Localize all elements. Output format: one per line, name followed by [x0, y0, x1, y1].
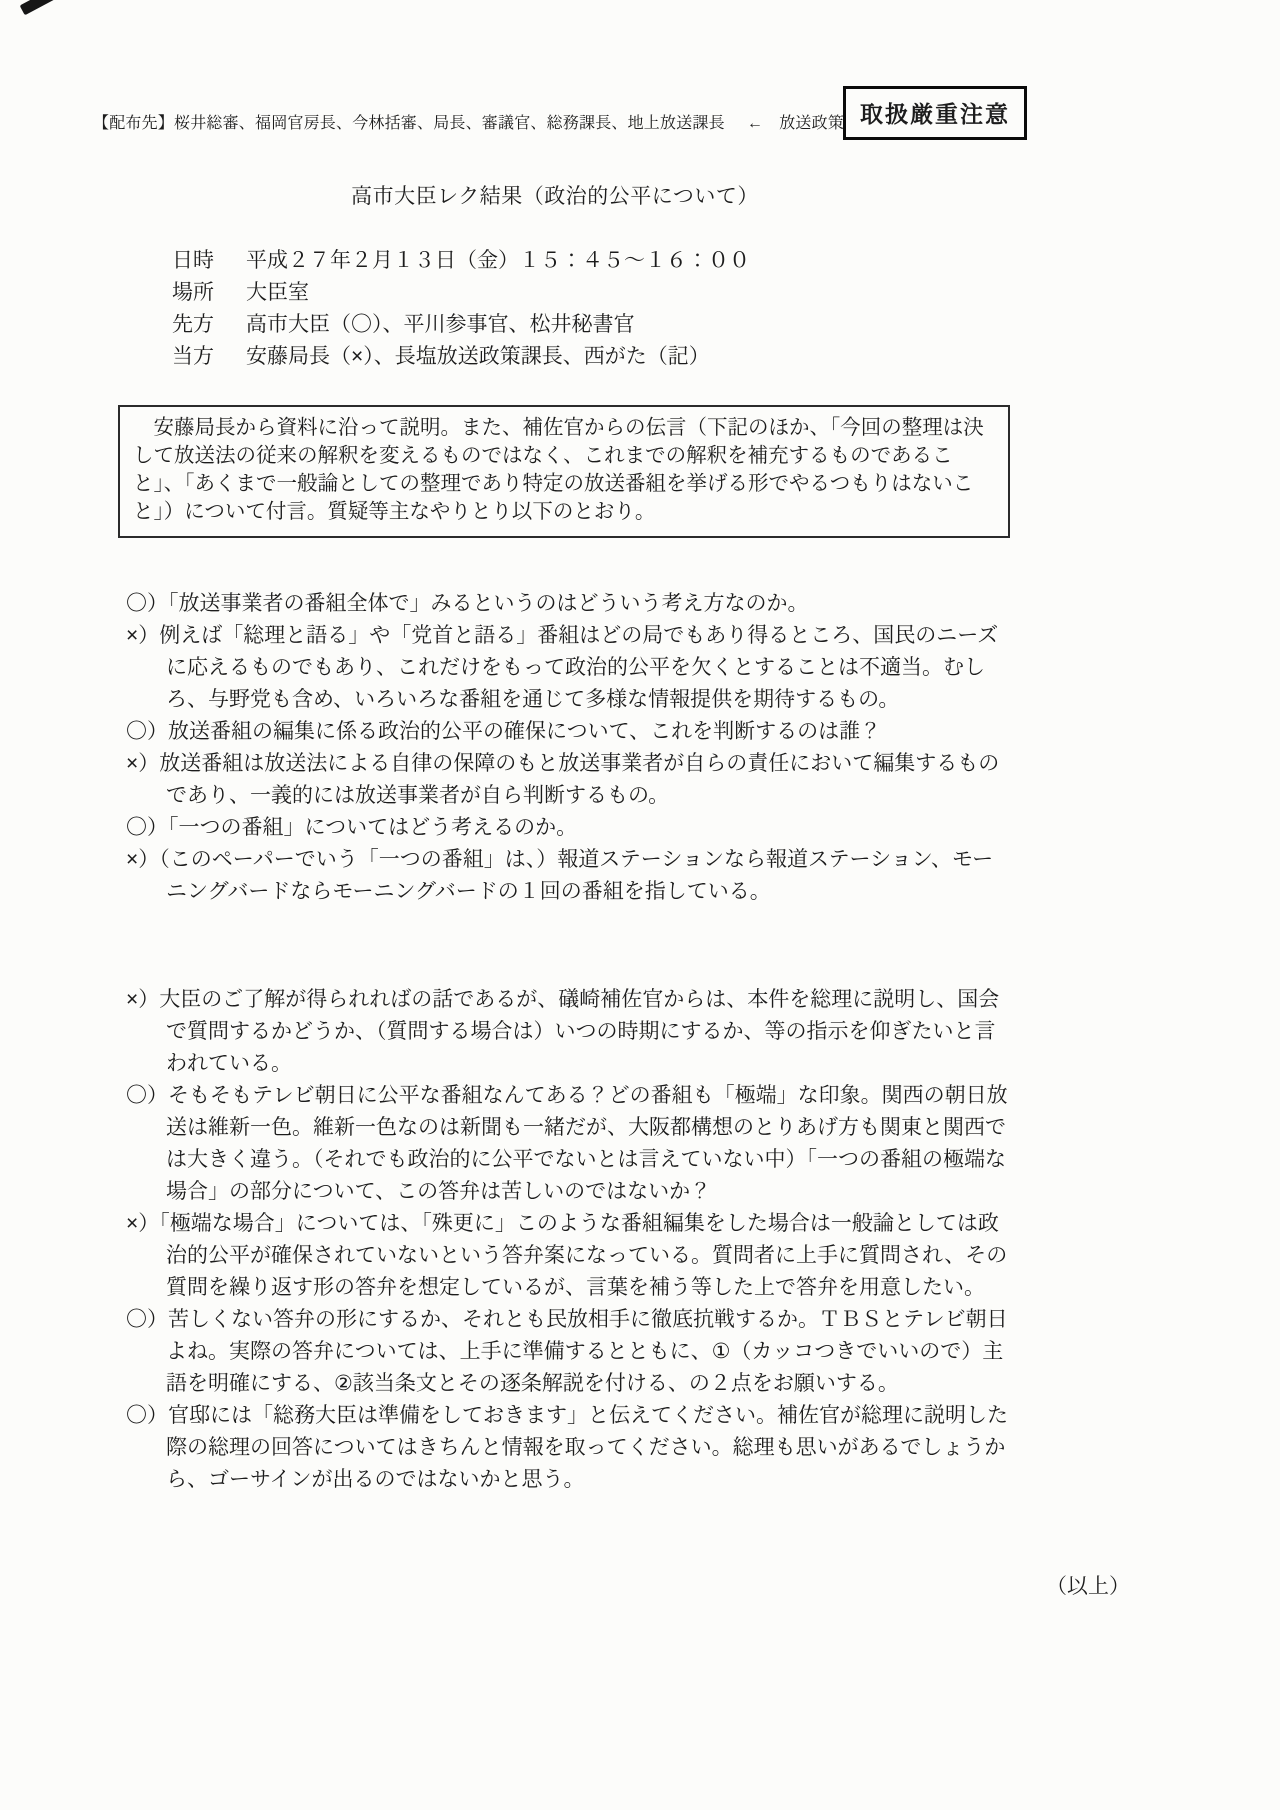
meta-label: 場所 [172, 277, 246, 309]
qa-item: 〇）官邸には「総務大臣は準備をしておきます」と伝えてください。補佐官が総理に説明… [126, 1400, 1010, 1496]
meta-block: 日時平成２７年２月１３日（金）１５：４５～１６：００ 場所大臣室 先方高市大臣（… [172, 245, 750, 373]
qa-text: 官邸には「総務大臣は準備をしておきます」と伝えてください。補佐官が総理に説明した… [166, 1404, 1008, 1491]
closing-note: （以上） [1046, 1570, 1130, 1600]
qa-item: 〇）「放送事業者の番組全体で」みるというのはどういう考え方なのか。 [126, 588, 1010, 620]
scan-artifact-mark [20, 0, 59, 15]
qa-text: 放送番組は放送法による自律の保障のもと放送事業者が自らの責任において編集するもの… [159, 752, 999, 807]
page-title: 高市大臣レク結果（政治的公平について） [105, 180, 1005, 210]
qa-text: 例えば「総理と語る」や「党首と語る」番組はどの局でもあり得るところ、国民のニーズ… [159, 624, 998, 711]
distribution-line: 【配布先】桜井総審、福岡官房長、今林括審、局長、審議官、総務課長、地上放送課長←… [93, 110, 873, 133]
meta-row-their-side: 先方高市大臣（〇）、平川参事官、松井秘書官 [172, 309, 750, 341]
meta-value: 高市大臣（〇）、平川参事官、松井秘書官 [246, 313, 635, 336]
qa-text: 放送番組の編集に係る政治的公平の確保について、これを判断するのは誰？ [168, 720, 881, 743]
scanned-document-page: 【配布先】桜井総審、福岡官房長、今林括審、局長、審議官、総務課長、地上放送課長←… [0, 0, 1280, 1810]
qa-block-1: 〇）「放送事業者の番組全体で」みるというのはどういう考え方なのか。 ×）例えば「… [126, 588, 1010, 908]
qa-marker: 〇） [126, 720, 168, 743]
qa-marker: ×） [126, 1212, 159, 1235]
qa-item: 〇）「一つの番組」についてはどう考えるのか。 [126, 812, 1010, 844]
qa-text: 「一つの番組」についてはどう考えるのか。 [168, 816, 577, 839]
meta-row-datetime: 日時平成２７年２月１３日（金）１５：４５～１６：００ [172, 245, 750, 277]
qa-marker: 〇） [126, 816, 168, 839]
qa-marker: ×） [126, 752, 159, 775]
qa-block-2: ×）大臣のご了解が得られればの話であるが、礒崎補佐官からは、本件を総理に説明し、… [126, 984, 1010, 1496]
meta-value: 大臣室 [246, 281, 309, 304]
distribution-list: 【配布先】桜井総審、福岡官房長、今林括審、局長、審議官、総務課長、地上放送課長 [93, 115, 725, 132]
summary-box: 安藤局長から資料に沿って説明。また、補佐官からの伝言（下記のほか、「今回の整理は… [118, 405, 1010, 538]
meta-value: 安藤局長（×）、長塩放送政策課長、西がた（記） [246, 345, 710, 368]
summary-text: 安藤局長から資料に沿って説明。また、補佐官からの伝言（下記のほか、「今回の整理は… [133, 414, 998, 526]
qa-marker: 〇） [126, 1308, 168, 1331]
qa-marker: ×） [126, 988, 159, 1011]
qa-item: 〇）苦しくない答弁の形にするか、それとも民放相手に徹底抗戦するか。ＴＢＳとテレビ… [126, 1304, 1010, 1400]
qa-item: 〇）放送番組の編集に係る政治的公平の確保について、これを判断するのは誰？ [126, 716, 1010, 748]
qa-marker: 〇） [126, 592, 168, 615]
meta-value: 平成２７年２月１３日（金）１５：４５～１６：００ [246, 249, 750, 272]
qa-marker: ×） [126, 624, 159, 647]
qa-text: 苦しくない答弁の形にするか、それとも民放相手に徹底抗戦するか。ＴＢＳとテレビ朝日… [166, 1308, 1008, 1395]
qa-item: ×）大臣のご了解が得られればの話であるが、礒崎補佐官からは、本件を総理に説明し、… [126, 984, 1010, 1080]
qa-item: 〇）そもそもテレビ朝日に公平な番組なんてある？どの番組も「極端」な印象。関西の朝… [126, 1080, 1010, 1208]
qa-text: （このペーパーでいう「一つの番組」は、）報道ステーションなら報道ステーション、モ… [159, 848, 993, 903]
qa-text: 「極端な場合」については、「殊更に」このような番組編集をした場合は一般論としては… [159, 1212, 1007, 1299]
meta-label: 日時 [172, 245, 246, 277]
qa-item: ×）「極端な場合」については、「殊更に」このような番組編集をした場合は一般論とし… [126, 1208, 1010, 1304]
meta-label: 当方 [172, 341, 246, 373]
meta-row-our-side: 当方安藤局長（×）、長塩放送政策課長、西がた（記） [172, 341, 750, 373]
qa-text: 「放送事業者の番組全体で」みるというのはどういう考え方なのか。 [168, 592, 809, 615]
qa-marker: 〇） [126, 1084, 168, 1107]
qa-text: そもそもテレビ朝日に公平な番組なんてある？どの番組も「極端」な印象。関西の朝日放… [166, 1084, 1008, 1203]
qa-text: 大臣のご了解が得られればの話であるが、礒崎補佐官からは、本件を総理に説明し、国会… [159, 988, 999, 1075]
qa-item: ×）例えば「総理と語る」や「党首と語る」番組はどの局でもあり得るところ、国民のニ… [126, 620, 1010, 716]
qa-item: ×）（このペーパーでいう「一つの番組」は、）報道ステーションなら報道ステーション… [126, 844, 1010, 908]
qa-marker: 〇） [126, 1404, 168, 1427]
meta-row-place: 場所大臣室 [172, 277, 750, 309]
qa-item: ×）放送番組は放送法による自律の保障のもと放送事業者が自らの責任において編集する… [126, 748, 1010, 812]
qa-marker: ×） [126, 848, 159, 871]
handling-caution-stamp: 取扱厳重注意 [843, 86, 1027, 140]
meta-label: 先方 [172, 309, 246, 341]
